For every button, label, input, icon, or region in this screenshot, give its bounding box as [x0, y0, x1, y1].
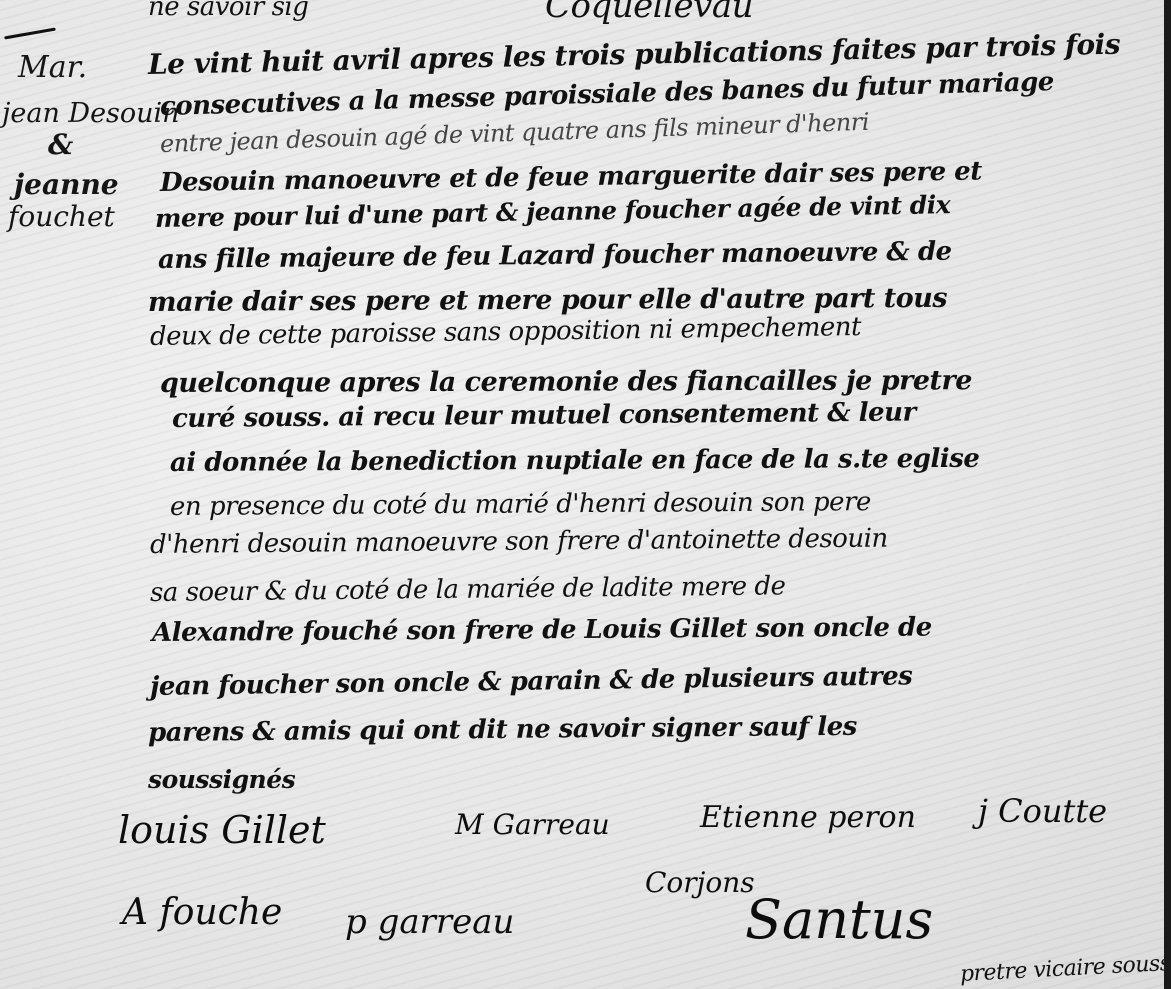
- body-line-8: deux de cette paroisse sans opposition n…: [150, 312, 861, 352]
- body-line-11: ai donnée la benediction nuptiale en fac…: [170, 444, 980, 478]
- footer-fragment: pretre vicaire souss.: [959, 951, 1171, 987]
- body-line-13: d'henri desouin manoeuvre son frere d'an…: [150, 524, 888, 560]
- signature-p-garreau: p garreau: [345, 902, 514, 942]
- manuscript-page: ne savoir sig Coquellevau Mar. jean Deso…: [0, 0, 1171, 989]
- header-fragment-right: Coquellevau: [545, 0, 753, 26]
- body-line-10: curé souss. ai recu leur mutuel consente…: [172, 398, 916, 434]
- separator-stroke: [4, 28, 56, 40]
- page-edge-border: [1164, 0, 1171, 989]
- header-fragment-left: ne savoir sig: [148, 0, 308, 22]
- body-line-9: quelconque apres la ceremonie des fianca…: [160, 365, 972, 399]
- signature-santus: Santus: [745, 888, 933, 951]
- signature-j-coutte: j Coutte: [978, 792, 1107, 830]
- signature-a-fouche: A fouche: [122, 892, 282, 933]
- body-line-16: jean foucher son oncle & parain & de plu…: [150, 661, 913, 702]
- signature-m-garreau: M Garreau: [455, 808, 610, 841]
- margin-label: Mar.: [18, 50, 87, 85]
- signature-etienne-peron: Etienne peron: [700, 800, 916, 835]
- signature-louis-gillet: louis Gillet: [118, 808, 326, 852]
- body-line-18: soussignés: [148, 765, 295, 794]
- signature-corjons: Corjons: [645, 866, 755, 899]
- body-line-15: Alexandre fouché son frere de Louis Gill…: [152, 613, 932, 648]
- margin-bride-last: fouchet: [8, 200, 115, 233]
- body-line-14: sa soeur & du coté de la mariée de ladit…: [150, 571, 786, 608]
- body-line-17: parens & amis qui ont dit ne savoir sign…: [148, 712, 857, 748]
- margin-groom-name: jean Desouin: [2, 98, 180, 129]
- margin-bride-first: jeanne: [14, 168, 119, 201]
- margin-conjunction: &: [48, 128, 73, 161]
- body-line-5: mere pour lui d'une part & jeanne fouche…: [155, 190, 951, 233]
- body-line-6: ans fille majeure de feu Lazard foucher …: [158, 237, 952, 275]
- body-line-12: en presence du coté du marié d'henri des…: [170, 487, 871, 522]
